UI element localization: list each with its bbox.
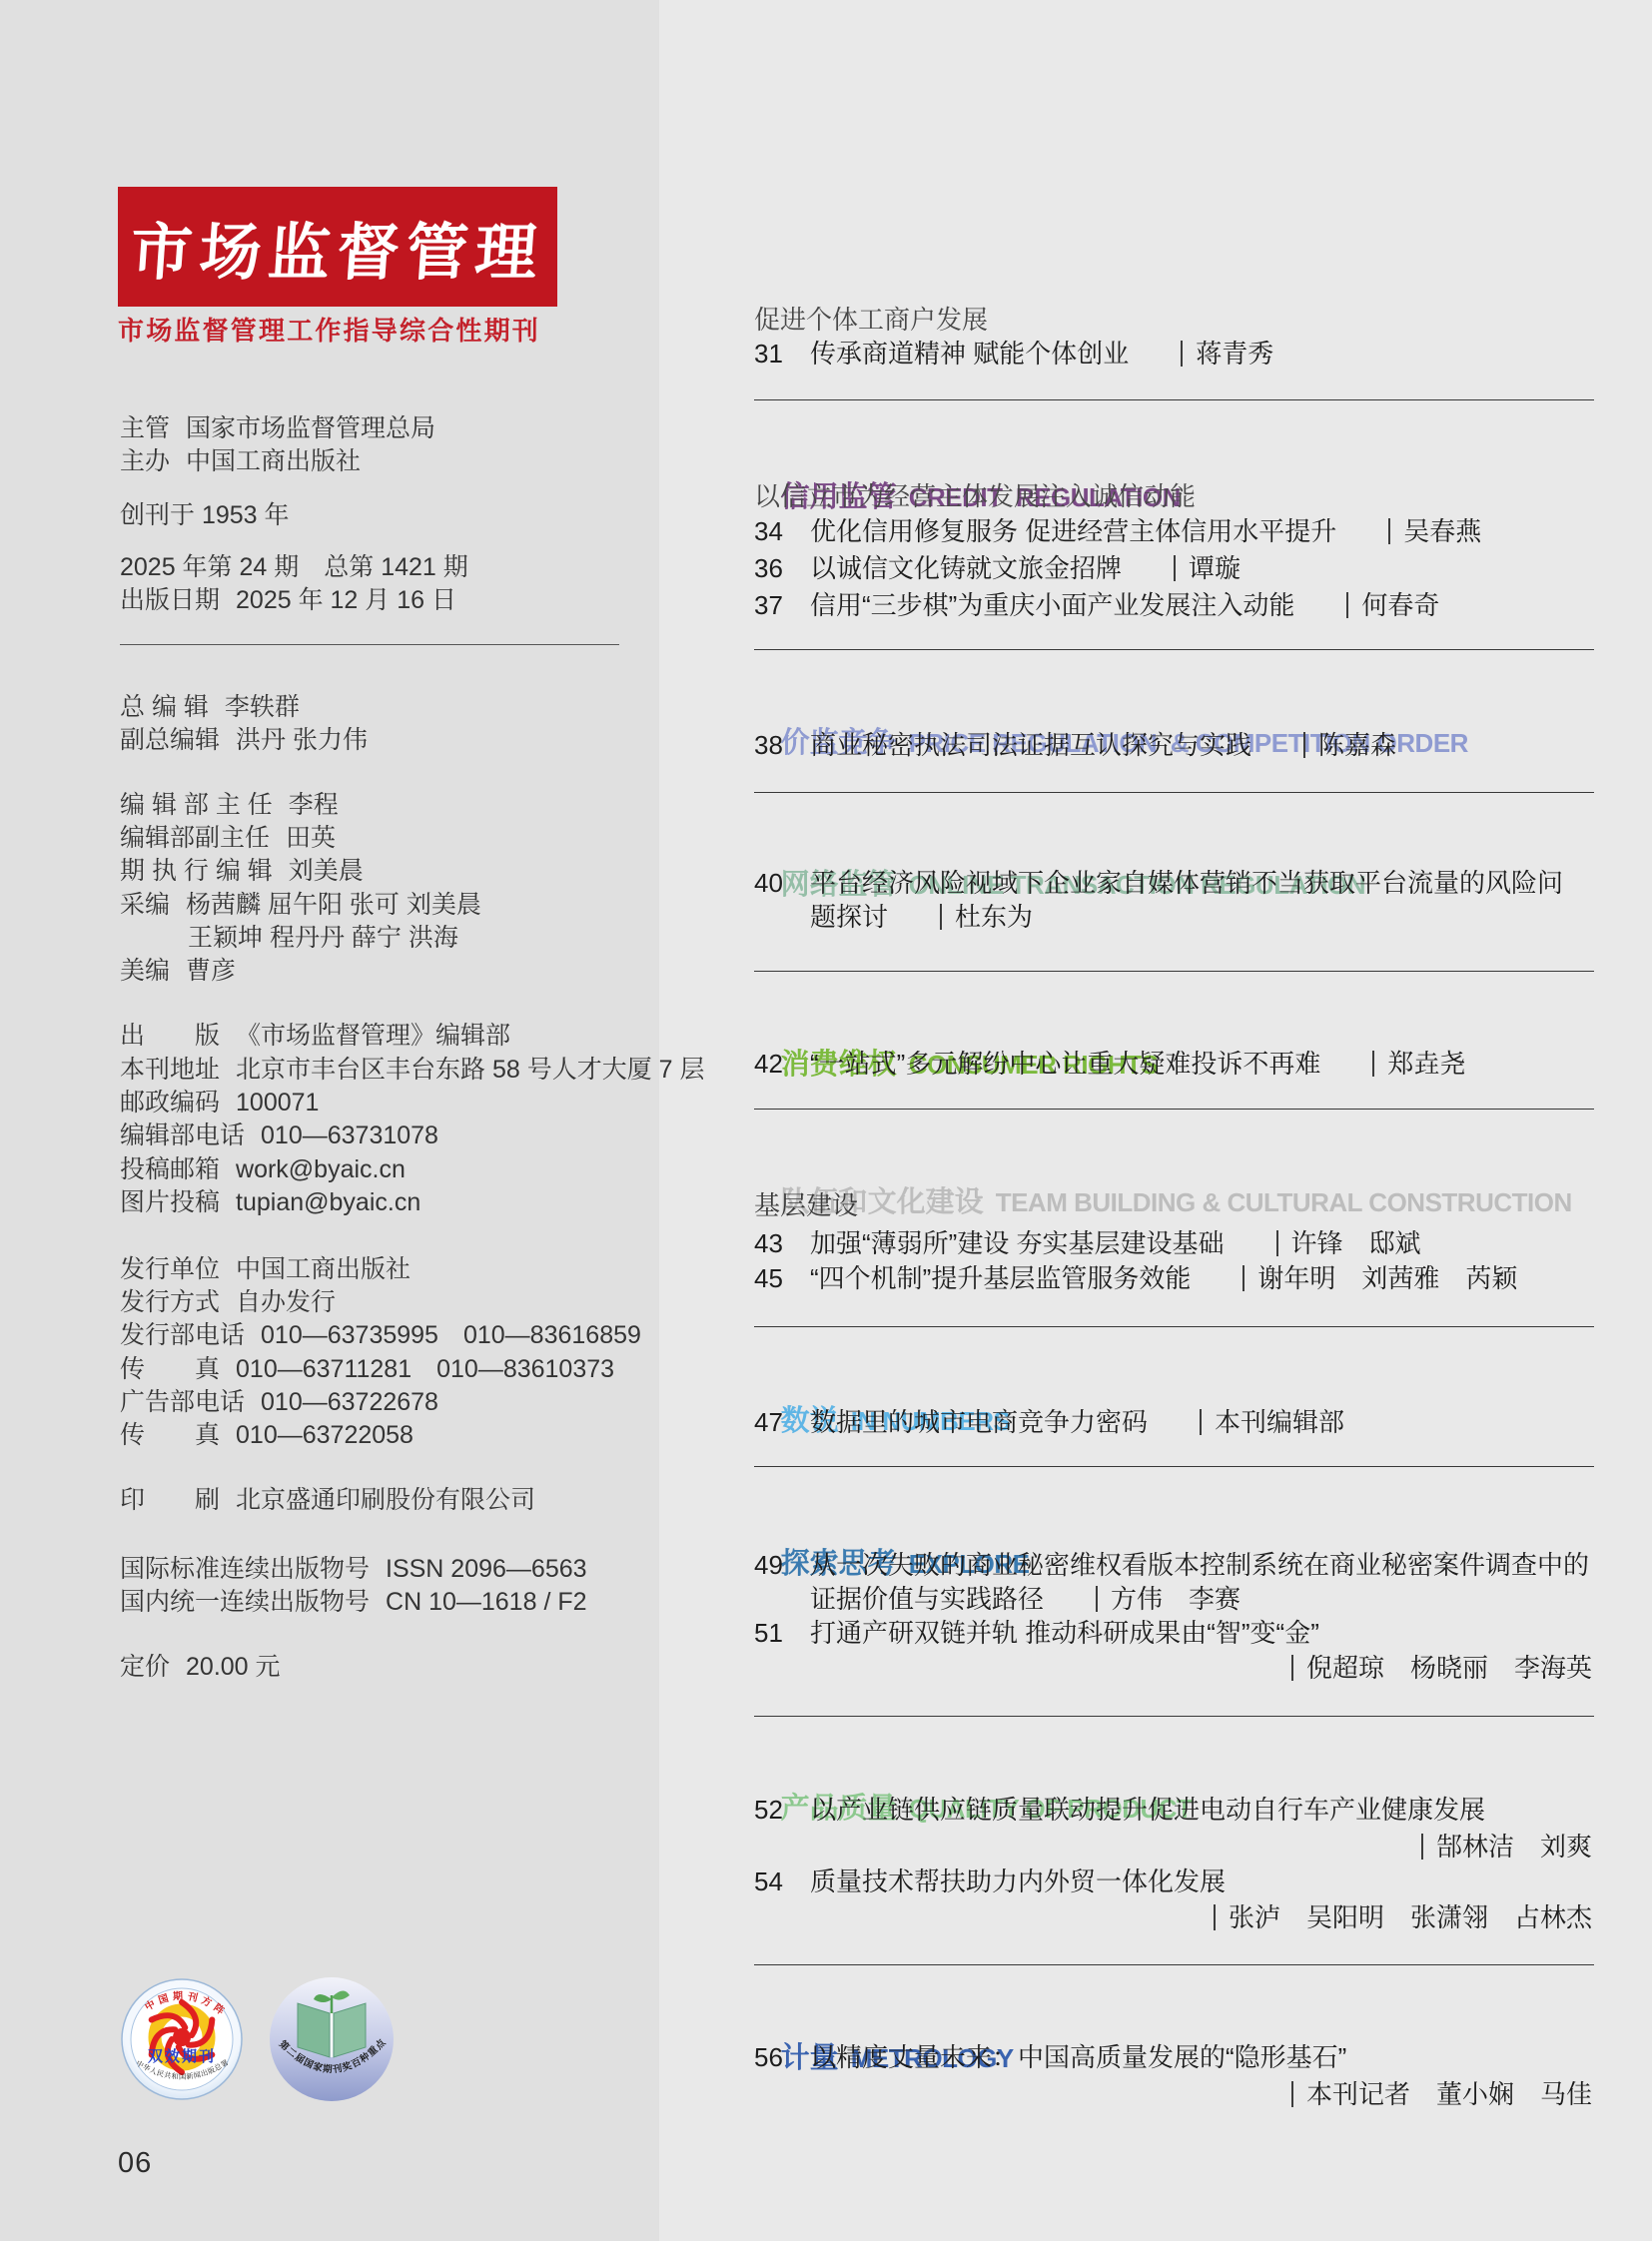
author-separator — [1346, 592, 1348, 618]
info-row-fax-2: 传 真010—63722058 — [120, 1419, 413, 1451]
authors: 本刊编辑部 — [1215, 1407, 1344, 1437]
info-row-address: 本刊地址北京市丰台区丰台东路 58 号人才大厦 7 层 — [120, 1054, 705, 1086]
toc-item-54: 54质量技术帮扶助力内外贸一体化发展 — [754, 1865, 1596, 1898]
author-separator — [1291, 2081, 1293, 2107]
divider — [754, 1109, 1594, 1110]
author-separator — [1214, 1904, 1216, 1930]
info-row-chief-editor: 总 编 辑李轶群 — [120, 691, 300, 723]
authors: 谢年明 刘茜雅 芮颖 — [1257, 1263, 1517, 1293]
info-row-ad-phone: 广告部电话010—63722678 — [120, 1386, 438, 1418]
authors: 郑垚尧 — [1387, 1049, 1465, 1079]
toc-item-34: 34优化信用修复服务 促进经营主体信用水平提升吴春燕 — [754, 514, 1596, 548]
authors: 蒋青秀 — [1196, 339, 1273, 369]
info-row-printer: 印 刷北京盛通印刷股份有限公司 — [120, 1484, 535, 1516]
info-row-issn: 国际标准连续出版物号ISSN 2096—6563 — [120, 1553, 587, 1585]
info-row-reporters: 采编杨茜麟 屈午阳 张可 刘美晨 — [120, 889, 481, 921]
authors: 郜林洁 刘爽 — [1436, 1832, 1592, 1862]
author-separator — [1388, 518, 1390, 544]
info-row-supervisor: 主管国家市场监督管理总局 — [120, 412, 435, 444]
magazine-toc-page: 市场监督管理 市场监督管理工作指导综合性期刊 主管国家市场监督管理总局 主办中国… — [0, 0, 1652, 2241]
info-row-price: 定价20.00 元 — [120, 1651, 281, 1683]
divider — [754, 971, 1594, 972]
toc-item-56: 56以精度丈量未来：中国高质量发展的“隐形基石” — [754, 2040, 1596, 2074]
toc-item-31: 31传承商道精神 赋能个体创业蒋青秀 — [754, 337, 1596, 371]
authors: 许锋 邸斌 — [1291, 1228, 1421, 1258]
seal1-center-text: 双效期刊 — [148, 2047, 216, 2065]
author-separator — [1276, 1230, 1278, 1256]
info-row-photo-email: 图片投稿tupian@byaic.cn — [120, 1186, 420, 1218]
toc-item-56-authors: 本刊记者 董小娴 马佳 — [754, 2077, 1596, 2111]
info-row-fax-1: 传 真010—63711281 010—83610373 — [120, 1353, 614, 1385]
authors: 本刊记者 董小娴 马佳 — [1306, 2079, 1592, 2109]
authors: 杜东为 — [955, 902, 1033, 932]
divider — [754, 1326, 1594, 1327]
toc-item-51: 51打通产研双链并轨 推动科研成果由“智”变“金” — [754, 1616, 1596, 1650]
toc-item-42: 42“一站式”多元解纷中心让重大疑难投诉不再难郑垚尧 — [754, 1047, 1596, 1081]
dual-effect-journal-seal-icon: 中国期刊方阵 双效期刊 中华人民共和国新闻出版总署 — [120, 1977, 244, 2106]
section-subtitle-grassroots: 基层建设 — [754, 1188, 1596, 1222]
author-separator — [1303, 732, 1305, 758]
info-row-founded: 创刊于 1953 年 — [120, 499, 290, 531]
info-row-executive-editor: 期 执 行 编 辑刘美晨 — [120, 855, 364, 887]
toc-item-40: 40平台经济风险视域下企业家自媒体营销不当获取平台流量的风险问 题探讨杜东为 — [754, 866, 1596, 934]
author-separator — [1181, 341, 1183, 367]
toc-item-43: 43加强“薄弱所”建设 夯实基层建设基础许锋 邸斌 — [754, 1226, 1596, 1260]
table-of-contents: 促进个体工商户发展 31传承商道精神 赋能个体创业蒋青秀 信用监管CREDIT … — [754, 0, 1596, 2241]
author-separator — [1096, 1586, 1098, 1612]
author-separator — [1174, 555, 1176, 581]
author-separator — [1291, 1655, 1293, 1681]
info-row-distribution-mode: 发行方式自办发行 — [120, 1286, 336, 1318]
divider — [754, 1716, 1594, 1717]
toc-item-47: 47数据里的城市电商竞争力密码本刊编辑部 — [754, 1405, 1596, 1439]
info-row-deputy-chief-editor: 副总编辑洪丹 张力伟 — [120, 724, 368, 756]
authors: 谭璇 — [1189, 553, 1240, 583]
author-separator — [1242, 1265, 1244, 1291]
author-separator — [940, 904, 942, 930]
info-row-reporters-cont: 王颖坤 程丹丹 薛宁 洪海 — [120, 922, 458, 954]
national-journal-award-seal-icon: 第二届国家期刊奖百种重点期刊 — [268, 1975, 396, 2108]
authors: 吴春燕 — [1403, 516, 1481, 546]
info-row-submission-email: 投稿邮箱work@byaic.cn — [120, 1153, 406, 1185]
authors: 陈嘉森 — [1318, 730, 1396, 760]
divider — [120, 644, 619, 645]
author-separator — [1200, 1409, 1202, 1435]
info-row-published-by: 出 版《市场监督管理》编辑部 — [120, 1020, 510, 1052]
divider — [754, 792, 1594, 793]
info-row-editorial-phone: 编辑部电话010—63731078 — [120, 1120, 438, 1151]
toc-item-52: 52以产业链供应链质量联动提升促进电动自行车产业健康发展 — [754, 1793, 1596, 1827]
info-row-publisher-org: 主办中国工商出版社 — [120, 445, 361, 477]
authors: 方伟 李赛 — [1111, 1584, 1240, 1614]
page-number: 06 — [118, 2147, 152, 2180]
info-row-pub-date: 出版日期2025 年 12 月 16 日 — [120, 584, 456, 616]
toc-item-54-authors: 张泸 吴阳明 张潇翎 占林杰 — [754, 1900, 1596, 1934]
author-separator — [1372, 1051, 1374, 1077]
divider — [754, 649, 1594, 650]
info-row-distribution-phone: 发行部电话010—63735995 010—83616859 — [120, 1319, 641, 1351]
info-row-dept-deputy-director: 编辑部副主任田英 — [120, 822, 336, 854]
magazine-tagline: 市场监督管理工作指导综合性期刊 — [118, 311, 557, 348]
authors: 张泸 吴阳明 张潇翎 占林杰 — [1229, 1902, 1592, 1932]
toc-item-52-authors: 郜林洁 刘爽 — [754, 1830, 1596, 1864]
info-row-art-editor: 美编曹彦 — [120, 955, 236, 987]
info-row-dept-director: 编 辑 部 主 任李程 — [120, 789, 339, 821]
toc-item-45: 45“四个机制”提升基层监管服务效能谢年明 刘茜雅 芮颖 — [754, 1261, 1596, 1295]
toc-item-51-authors: 倪超琼 杨晓丽 李海英 — [754, 1651, 1596, 1685]
section-subtitle-individual-business: 促进个体工商户发展 — [754, 303, 1596, 337]
toc-item-37: 37信用“三步棋”为重庆小面产业发展注入动能何春奇 — [754, 588, 1596, 622]
authors: 倪超琼 杨晓丽 李海英 — [1306, 1653, 1592, 1683]
toc-item-49: 49从一次失败的商业秘密维权看版本控制系统在商业秘密案件调查中的 证据价值与实践… — [754, 1548, 1596, 1616]
author-separator — [1421, 1834, 1423, 1860]
section-subtitle-credit: 以信立市为经营主体发展注入诚信动能 — [754, 479, 1596, 513]
toc-item-36: 36以诚信文化铸就文旅金招牌谭璇 — [754, 551, 1596, 585]
divider — [754, 399, 1594, 400]
divider — [754, 1964, 1594, 1965]
info-row-distributor: 发行单位中国工商出版社 — [120, 1253, 411, 1285]
magazine-logo-title: 市场监督管理 — [128, 203, 547, 292]
toc-item-38: 38商业秘密执法司法证据互认探究与实践陈嘉森 — [754, 728, 1596, 762]
info-row-cn-number: 国内统一连续出版物号CN 10—1618 / F2 — [120, 1586, 587, 1618]
divider — [754, 1466, 1594, 1467]
info-row-postcode: 邮政编码100071 — [120, 1087, 319, 1119]
magazine-logo: 市场监督管理 — [118, 187, 557, 307]
authors: 何春奇 — [1361, 590, 1439, 620]
info-row-issue: 2025 年第 24 期 总第 1421 期 — [120, 551, 468, 583]
